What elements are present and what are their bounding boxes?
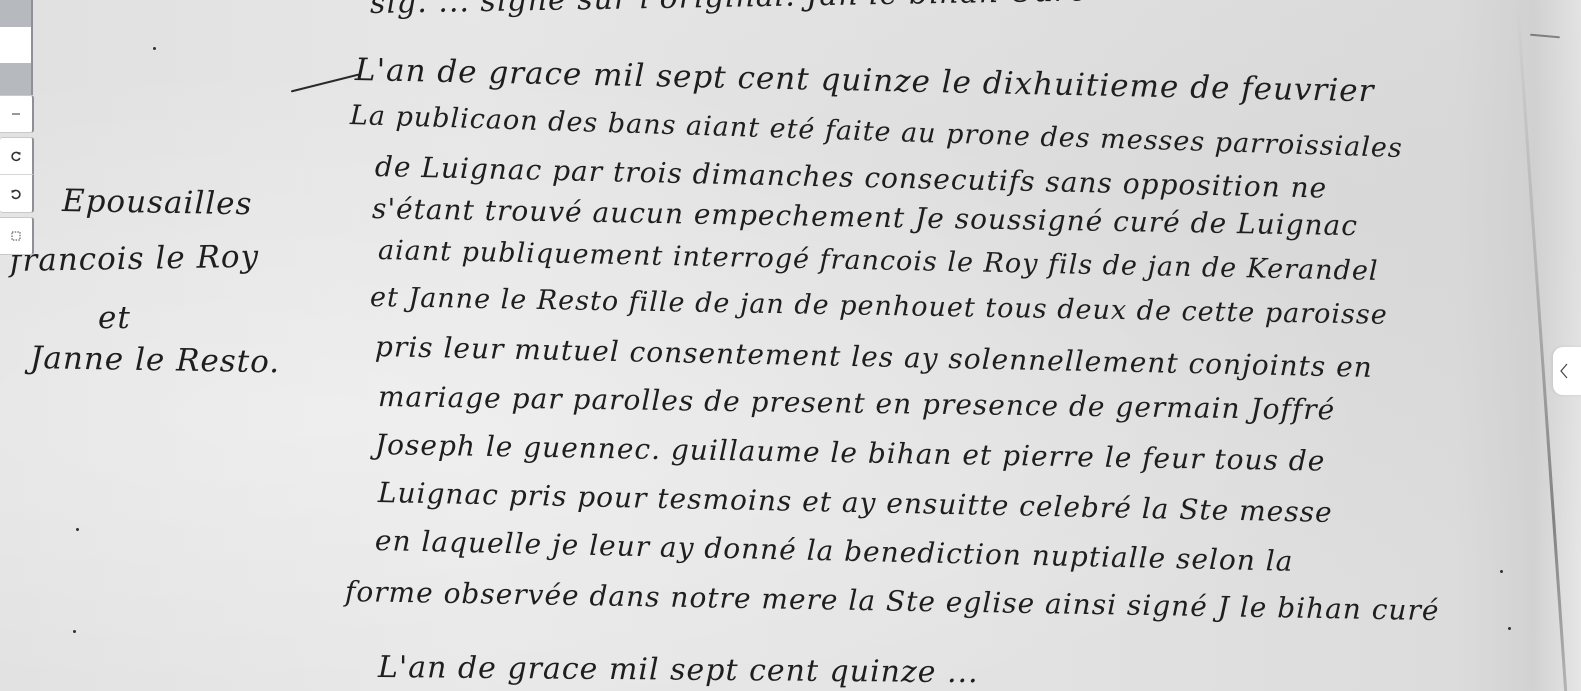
text-line-9: mariage par parolles de present en prese… bbox=[378, 380, 1336, 426]
minus-icon bbox=[10, 108, 22, 120]
pen-flourish bbox=[1530, 34, 1560, 39]
text-line-2: L'an de grace mil sept cent quinze le di… bbox=[355, 52, 1375, 109]
paper-speck bbox=[1500, 570, 1503, 573]
fit-to-screen-icon bbox=[10, 230, 22, 242]
paper-speck bbox=[73, 630, 76, 633]
page-edge bbox=[1516, 0, 1567, 691]
paper-speck bbox=[153, 47, 156, 50]
text-line-8: pris leur mutuel consentement les ay sol… bbox=[375, 330, 1373, 384]
paper-speck bbox=[1508, 627, 1511, 630]
text-line-14: L'an de grace mil sept cent quinze ... bbox=[378, 650, 979, 690]
rotate-clockwise-button[interactable] bbox=[0, 137, 34, 175]
text-line-1: sig. ... signe sur l'original. Jan le bi… bbox=[370, 0, 1089, 21]
toolbar-separator-band bbox=[0, 63, 33, 95]
viewer-toolbar bbox=[0, 0, 34, 260]
text-line-12: en laquelle je leur ay donné la benedict… bbox=[375, 524, 1294, 578]
margin-note-line-2: francois le Roy bbox=[10, 239, 260, 279]
toolbar-header-band bbox=[0, 0, 33, 27]
paper-speck bbox=[76, 528, 79, 531]
zoom-in-button[interactable] bbox=[0, 27, 33, 63]
rotate-counterclockwise-icon bbox=[10, 188, 22, 200]
text-line-10: Joseph le guennec. guillaume le bihan et… bbox=[375, 428, 1326, 478]
pen-flourish bbox=[291, 74, 359, 93]
margin-note-line-3: et bbox=[98, 300, 131, 336]
text-line-6: aiant publiquement interrogé francois le… bbox=[378, 235, 1379, 287]
rotate-counterclockwise-button[interactable] bbox=[0, 175, 34, 213]
rotate-clockwise-icon bbox=[10, 150, 22, 162]
fit-to-screen-button[interactable] bbox=[0, 217, 34, 255]
chevron-left-icon bbox=[1559, 362, 1569, 380]
margin-note-line-4: Janne le Resto. bbox=[30, 340, 281, 380]
zoom-out-button[interactable] bbox=[0, 95, 34, 133]
text-line-13: forme observée dans notre mere la Ste eg… bbox=[345, 575, 1440, 627]
document-viewer[interactable]: Epousailles francois le Roy et Janne le … bbox=[0, 0, 1581, 691]
text-line-11: Luignac pris pour tesmoins et ay ensuitt… bbox=[378, 476, 1333, 529]
margin-note-line-1: Epousailles bbox=[62, 183, 253, 222]
text-line-7: et Janne le Resto fille de jan de penhou… bbox=[370, 282, 1388, 331]
side-panel-toggle[interactable] bbox=[1553, 347, 1581, 395]
